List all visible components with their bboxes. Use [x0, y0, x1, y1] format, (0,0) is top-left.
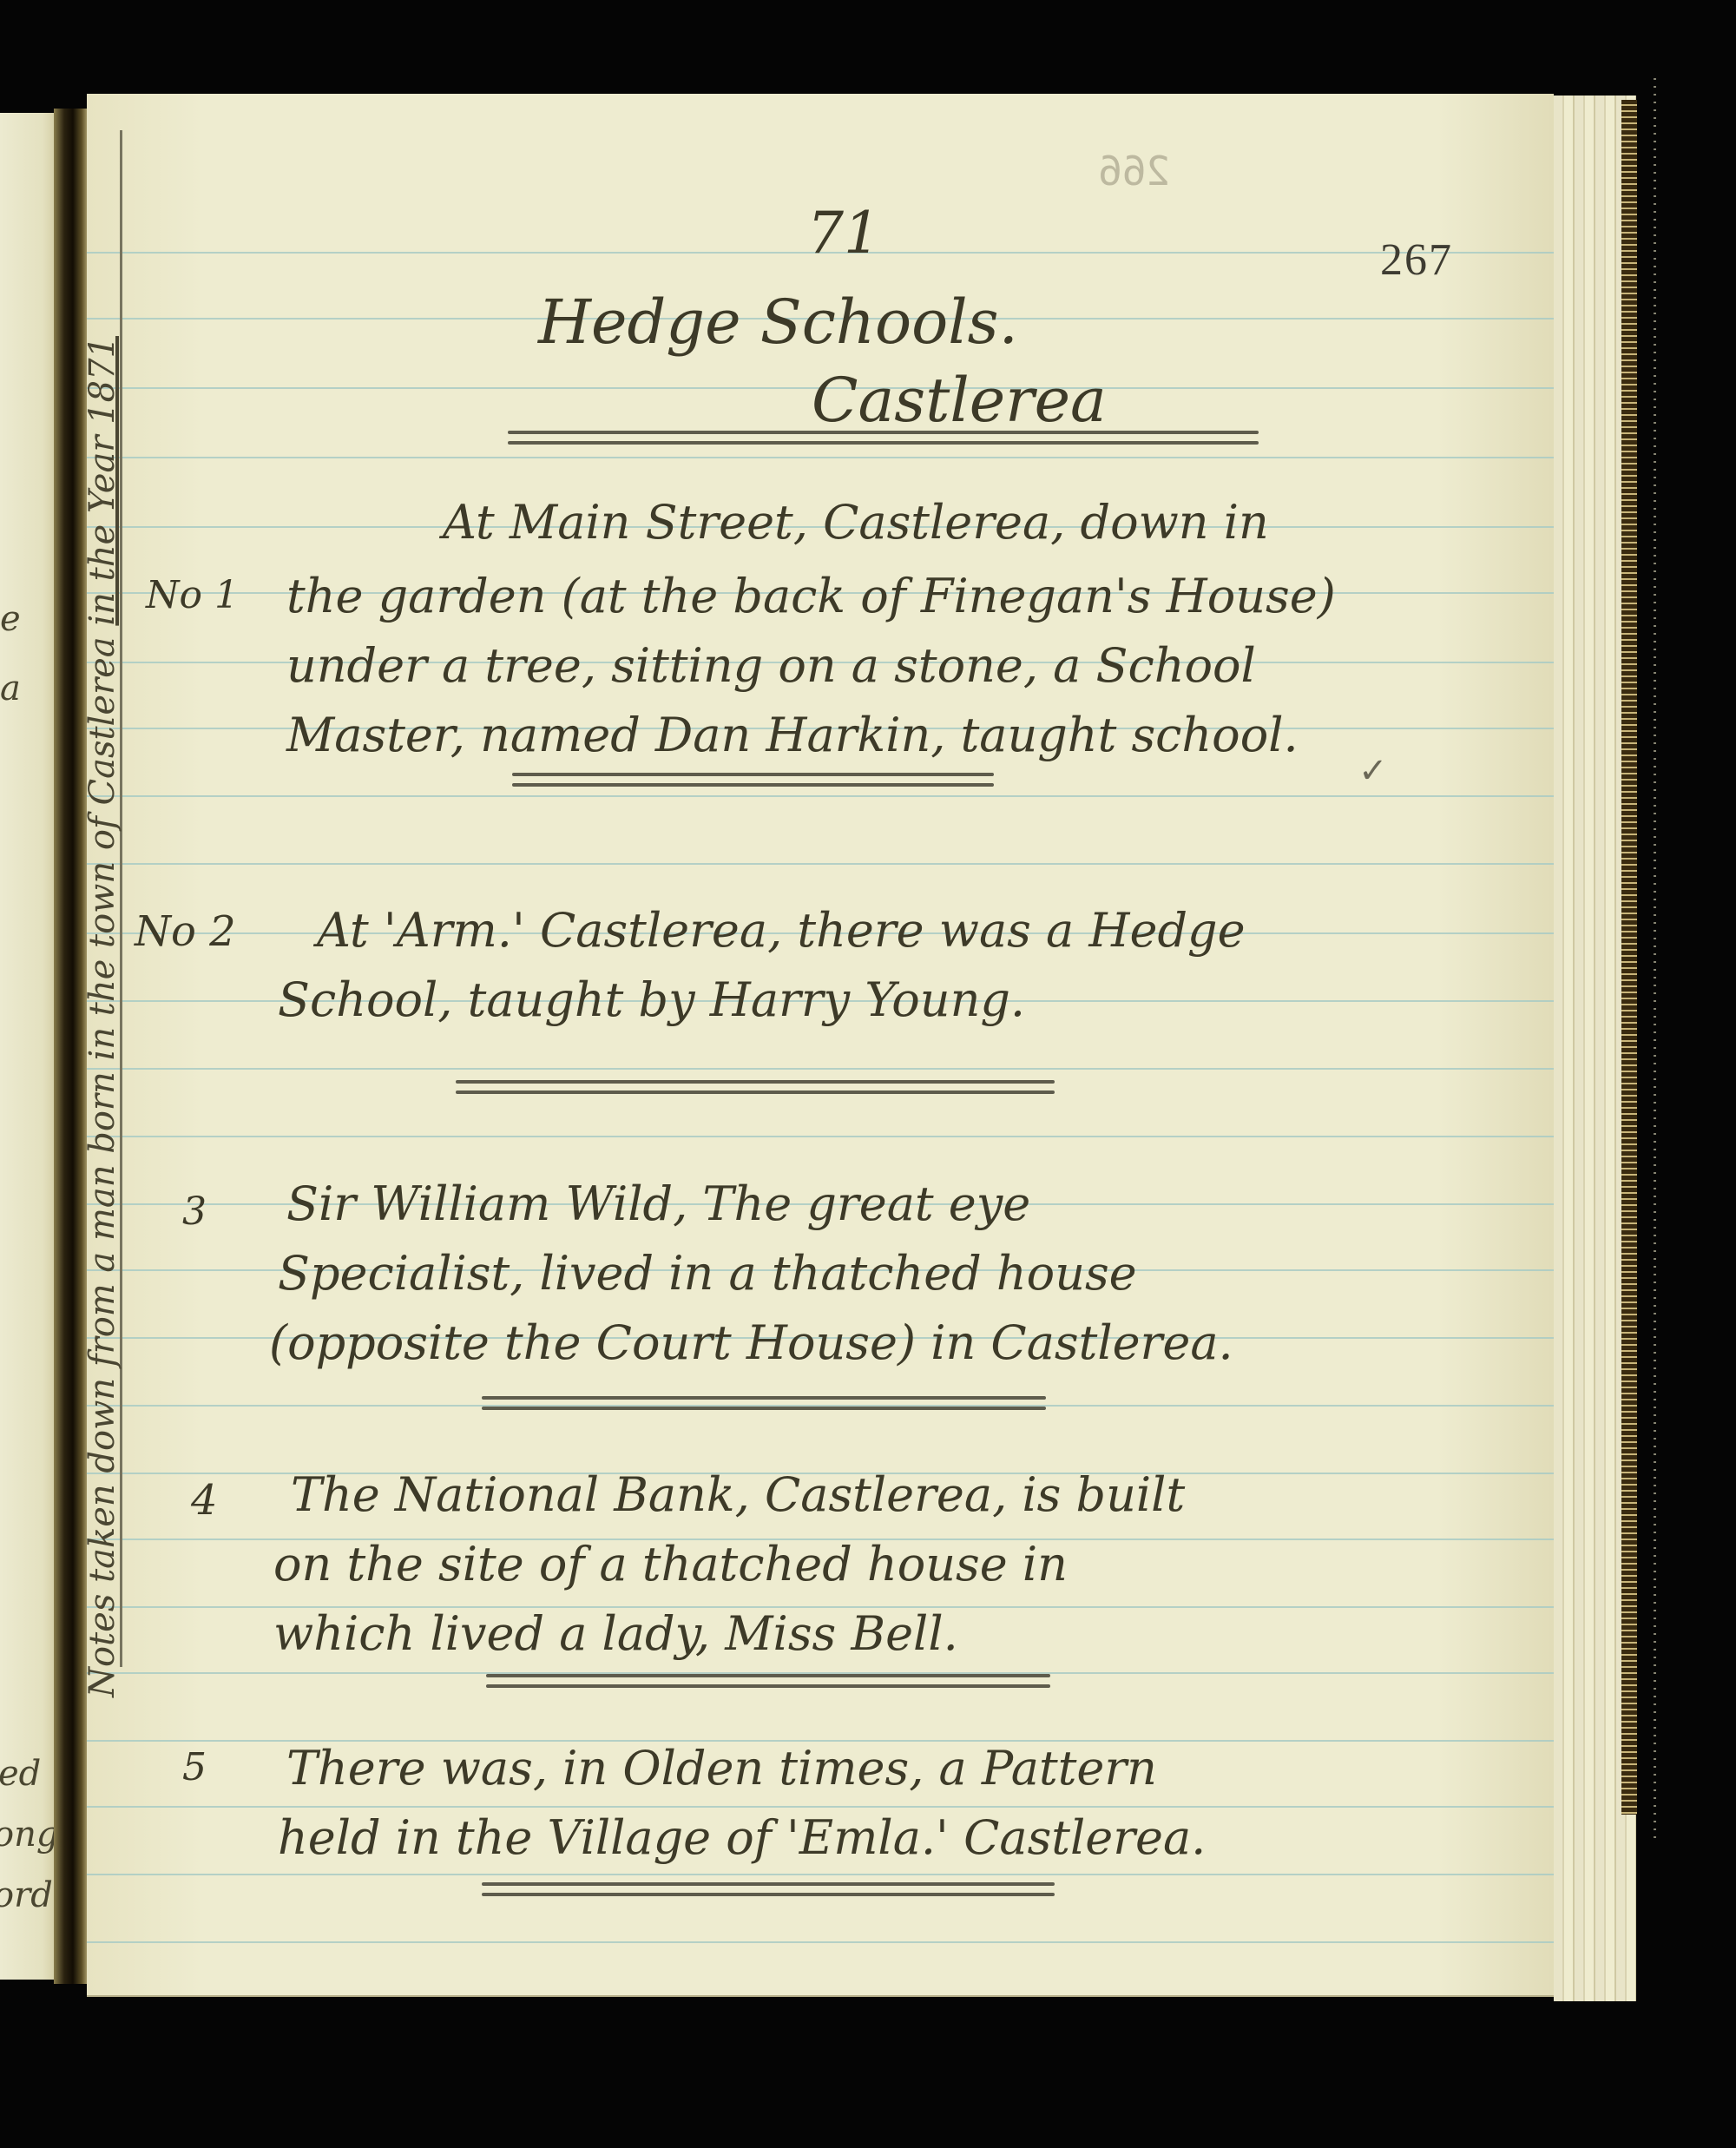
entry-label: No 1	[146, 573, 239, 617]
entry-label: 3	[182, 1189, 207, 1234]
entry-divider	[486, 1674, 1050, 1688]
entry-divider	[512, 773, 994, 787]
entry-line: held in the Village of 'Emla.' Castlerea…	[278, 1810, 1206, 1865]
binding-spine	[1621, 100, 1637, 1815]
entry-divider	[456, 1080, 1055, 1094]
entry-label: No 2	[135, 907, 236, 956]
entry-line: Specialist, lived in a thatched house	[278, 1246, 1137, 1301]
entry-line: which lived a lady, Miss Bell.	[273, 1606, 958, 1661]
left-page-fragment: ed	[0, 1754, 41, 1794]
entry-divider	[482, 1882, 1055, 1896]
left-page-sliver: e a ed ong ord	[0, 113, 61, 1980]
stamped-page-number: 267	[1380, 234, 1453, 286]
left-page-fragment: e	[0, 599, 21, 639]
entry-line: At 'Arm.' Castlerea, there was a Hedge	[317, 903, 1246, 958]
check-mark-icon: ✓	[1358, 751, 1388, 791]
title-double-underline	[508, 431, 1259, 445]
entry-line: Master, named Dan Harkin, taught school.	[286, 708, 1299, 762]
entry-line: (opposite the Court House) in Castlerea.	[269, 1315, 1233, 1370]
page-subtitle: Castlerea	[812, 365, 1107, 436]
entry-label: 5	[182, 1745, 207, 1789]
entry-line: the garden (at the back of Finegan's Hou…	[286, 569, 1336, 623]
entry-line: At Main Street, Castlerea, down in	[443, 495, 1269, 550]
entry-line: There was, in Olden times, a Pattern	[286, 1741, 1157, 1795]
entry-line: on the site of a thatched house in	[273, 1537, 1068, 1591]
margin-note-text: Notes taken down from a man born in the …	[82, 636, 122, 1697]
entry-line: Sir William Wild, The great eye	[286, 1176, 1030, 1231]
entry-label: 4	[191, 1476, 218, 1525]
margin-note: Notes taken down from a man born in the …	[82, 336, 122, 1697]
left-page-fragment: a	[0, 669, 21, 708]
left-page-fragment: ord	[0, 1875, 53, 1915]
page-title: Hedge Schools.	[538, 287, 1018, 358]
margin-note-year: in the Year 1871	[82, 336, 122, 626]
left-page-fragment: ong	[0, 1815, 58, 1855]
handwritten-page-number: 71	[807, 200, 880, 267]
entry-line: School, taught by Harry Young.	[278, 972, 1025, 1027]
entry-line: under a tree, sitting on a stone, a Scho…	[286, 638, 1256, 693]
show-through-page-number: 266	[1098, 148, 1170, 194]
cover-stitching	[1654, 78, 1656, 1841]
entry-line: The National Bank, Castlerea, is built	[291, 1467, 1185, 1522]
entry-divider	[482, 1396, 1046, 1410]
